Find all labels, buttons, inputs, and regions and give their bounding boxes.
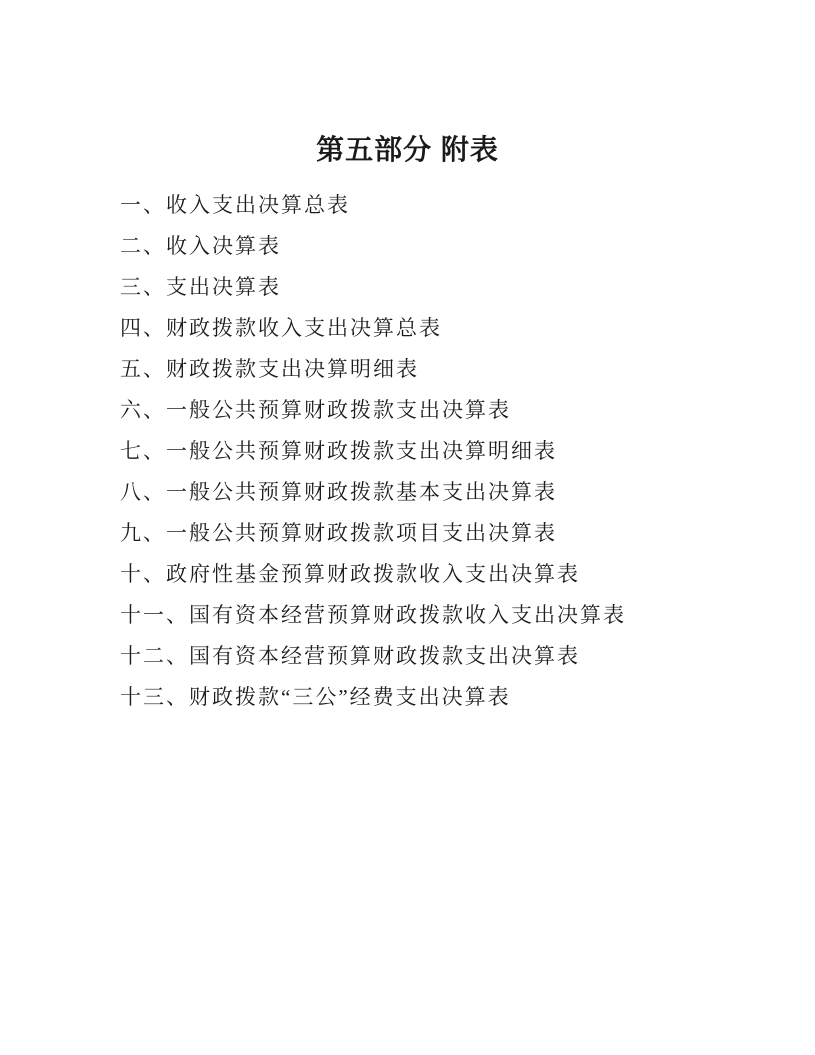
toc-item-6: 六、一般公共预算财政拨款支出决算表 [120, 390, 755, 431]
table-of-contents: 一、收入支出决算总表 二、收入决算表 三、支出决算表 四、财政拨款收入支出决算总… [0, 185, 815, 718]
toc-item-11: 十一、国有资本经营预算财政拨款收入支出决算表 [120, 595, 755, 636]
toc-item-2: 二、收入决算表 [120, 226, 755, 267]
toc-item-8: 八、一般公共预算财政拨款基本支出决算表 [120, 472, 755, 513]
toc-item-1: 一、收入支出决算总表 [120, 185, 755, 226]
toc-item-3: 三、支出决算表 [120, 267, 755, 308]
page-title: 第五部分 附表 [0, 133, 815, 167]
toc-item-4: 四、财政拨款收入支出决算总表 [120, 308, 755, 349]
toc-item-13: 十三、财政拨款“三公”经费支出决算表 [120, 677, 755, 718]
document-page: 第五部分 附表 一、收入支出决算总表 二、收入决算表 三、支出决算表 四、财政拨… [0, 0, 815, 1055]
toc-item-7: 七、一般公共预算财政拨款支出决算明细表 [120, 431, 755, 472]
toc-item-12: 十二、国有资本经营预算财政拨款支出决算表 [120, 636, 755, 677]
toc-item-9: 九、一般公共预算财政拨款项目支出决算表 [120, 513, 755, 554]
toc-item-10: 十、政府性基金预算财政拨款收入支出决算表 [120, 554, 755, 595]
toc-item-5: 五、财政拨款支出决算明细表 [120, 349, 755, 390]
